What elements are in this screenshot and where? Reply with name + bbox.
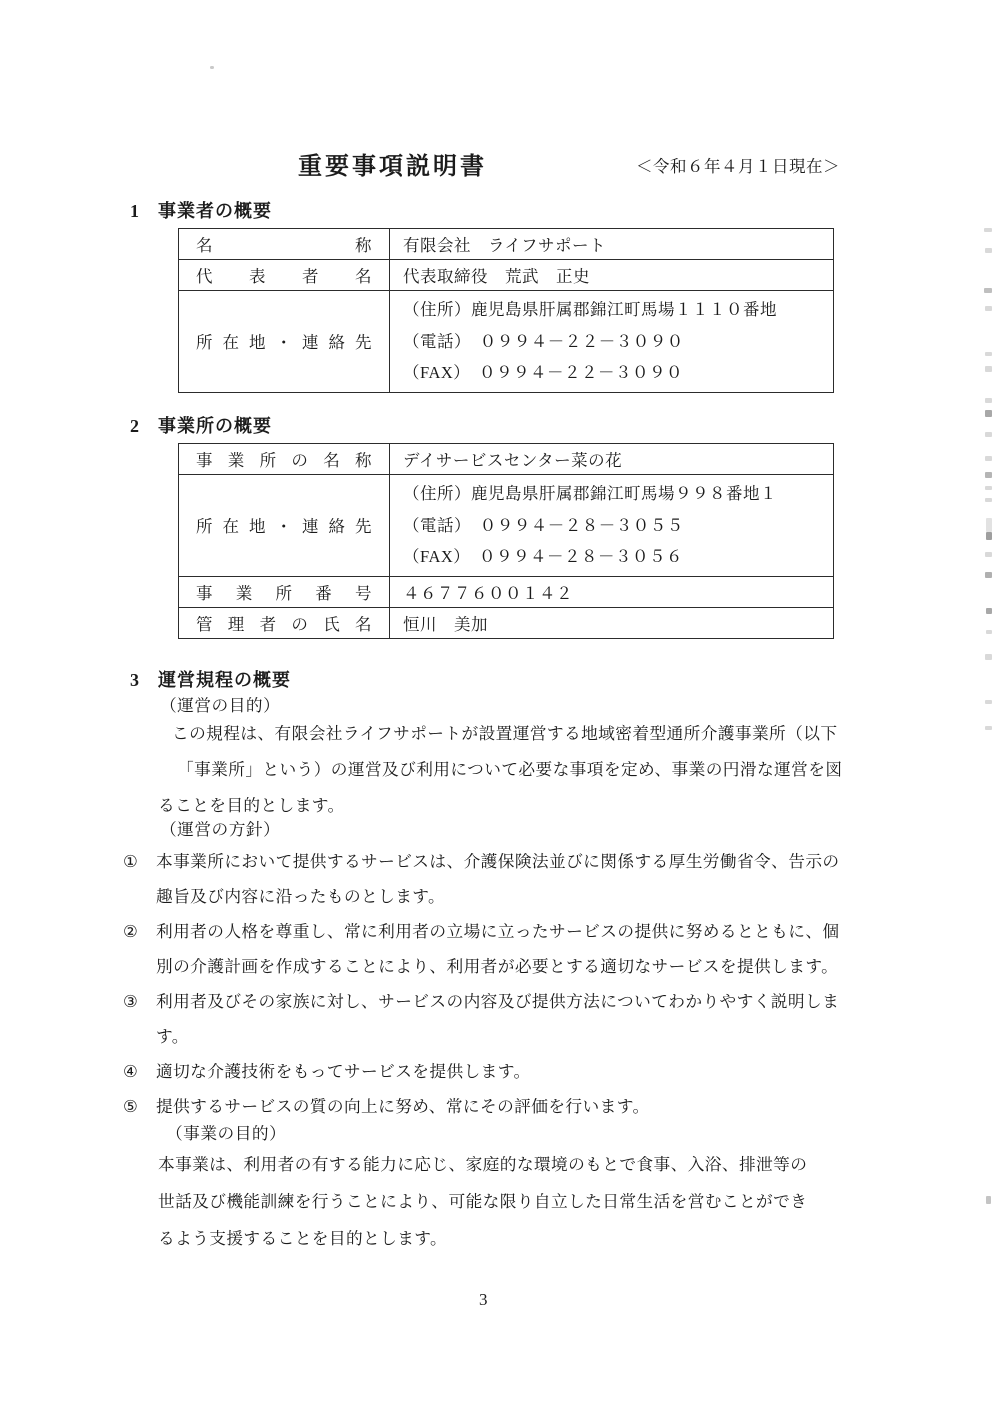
table-row-representative: 代 表 者 名 代表取締役 荒武 正史: [179, 260, 834, 291]
scan-artifact: [985, 432, 992, 437]
circled-number-4: ④: [123, 1054, 156, 1089]
item-line: 提供するサービスの質の向上に努め、常にその評価を行います。: [156, 1089, 893, 1124]
scan-artifact: [985, 352, 992, 356]
phone-line: （電話） ０９９４－２２－３０９０: [403, 326, 833, 358]
section-3-heading: 3運営規程の概要: [130, 666, 291, 692]
circled-number-3: ③: [123, 984, 156, 1019]
operation-purpose-paragraph: この規程は、有限会社ライフサポートが設置運営する地域密着型通所介護事業所（以下 …: [158, 716, 842, 824]
scan-artifact: [984, 228, 992, 232]
provider-overview-table: 名 称 有限会社 ライフサポート 代 表 者 名 代表取締役 荒武 正史 所在地…: [178, 228, 834, 393]
row-value-name: 有限会社 ライフサポート: [390, 229, 834, 260]
policy-item-text: 本事業所において提供するサービスは、介護保険法並びに関係する厚生労働省令、告示の…: [156, 844, 893, 914]
table-row-office-number: 事 業 所 番 号 ４６７７６００１４２: [179, 576, 834, 607]
policy-item-5: ⑤ 提供するサービスの質の向上に努め、常にその評価を行います。: [123, 1089, 893, 1124]
row-value-office-name: デイサービスセンター菜の花: [390, 444, 834, 475]
item-line: 利用者の人格を尊重し、常に利用者の立場に立ったサービスの提供に努めるとともに、個: [156, 914, 893, 949]
section-2-title: 事業所の概要: [158, 416, 272, 436]
table-row-office-name: 事業所の名称 デイサービスセンター菜の花: [179, 444, 834, 475]
scan-artifact: [985, 726, 992, 730]
row-label-representative: 代 表 者 名: [179, 260, 390, 291]
scan-artifact: [986, 532, 992, 540]
row-label-manager: 管理者の氏名: [179, 607, 390, 638]
row-label-name: 名 称: [179, 229, 390, 260]
row-label-address: 所在地・連絡先: [179, 291, 390, 393]
section-1-title: 事業者の概要: [158, 201, 272, 221]
scan-artifact: [985, 398, 992, 403]
section-2-heading: 2事業所の概要: [130, 412, 272, 438]
document-title: 重要事項説明書: [298, 146, 487, 181]
policy-item-text: 利用者及びその家族に対し、サービスの内容及び提供方法についてわかりやすく説明しま…: [156, 984, 893, 1054]
scan-artifact: [986, 518, 992, 532]
paragraph-line: 世話及び機能訓練を行うことにより、可能な限り自立した日常生活を営むことができ: [158, 1183, 807, 1220]
row-label-office-number: 事 業 所 番 号: [179, 576, 390, 607]
item-line: 趣旨及び内容に沿ったものとします。: [156, 879, 893, 914]
item-line: す。: [156, 1019, 893, 1054]
scan-artifact: [985, 472, 992, 478]
operation-purpose-label: （運営の目的）: [160, 692, 280, 716]
page-number: 3: [479, 1290, 488, 1310]
circled-number-1: ①: [123, 844, 156, 879]
policy-item-4: ④ 適切な介護技術をもってサービスを提供します。: [123, 1054, 893, 1089]
row-label-office-name: 事業所の名称: [179, 444, 390, 475]
policy-item-1: ① 本事業所において提供するサービスは、介護保険法並びに関係する厚生労働省令、告…: [123, 844, 893, 914]
paragraph-line: この規程は、有限会社ライフサポートが設置運営する地域密着型通所介護事業所（以下: [158, 716, 842, 752]
section-3-title: 運営規程の概要: [158, 670, 291, 690]
scan-artifact: [986, 630, 992, 634]
item-line: 本事業所において提供するサービスは、介護保険法並びに関係する厚生労働省令、告示の: [156, 844, 893, 879]
business-purpose-label: （事業の目的）: [166, 1120, 286, 1144]
address-line: （住所）鹿児島県肝属郡錦江町馬場１１１０番地: [403, 294, 833, 326]
scan-artifact: [985, 410, 992, 417]
fax-line: （FAX） ０９９４－２８－３０５６: [403, 541, 833, 573]
scan-artifact: [985, 366, 992, 372]
phone-line: （電話） ０９９４－２８－３０５５: [403, 510, 833, 542]
fax-line: （FAX） ０９９４－２２－３０９０: [403, 357, 833, 389]
scan-artifact: [986, 608, 992, 614]
paragraph-line: 「事業所」という）の運営及び利用について必要な事項を定め、事業の円滑な運営を図: [158, 752, 842, 788]
business-purpose-paragraph: 本事業は、利用者の有する能力に応じ、家庭的な環境のもとで食事、入浴、排泄等の 世…: [158, 1146, 807, 1257]
circled-number-2: ②: [123, 914, 156, 949]
section-2-number: 2: [130, 416, 158, 437]
scan-artifact: [985, 456, 992, 461]
row-value-address: （住所）鹿児島県肝属郡錦江町馬場１１１０番地 （電話） ０９９４－２２－３０９０…: [390, 291, 834, 393]
row-label-office-address: 所在地・連絡先: [179, 475, 390, 577]
scan-artifact: [984, 288, 992, 293]
circled-number-5: ⑤: [123, 1089, 156, 1124]
policy-item-2: ② 利用者の人格を尊重し、常に利用者の立場に立ったサービスの提供に努めるとともに…: [123, 914, 893, 984]
policy-item-text: 提供するサービスの質の向上に努め、常にその評価を行います。: [156, 1089, 893, 1124]
row-value-representative: 代表取締役 荒武 正史: [390, 260, 834, 291]
table-row-manager: 管理者の氏名 恒川 美加: [179, 607, 834, 638]
scan-artifact: [985, 248, 992, 253]
scan-artifact: [985, 700, 992, 704]
section-3-number: 3: [130, 670, 158, 691]
row-value-office-address: （住所）鹿児島県肝属郡錦江町馬場９９８番地１ （電話） ０９９４－２８－３０５５…: [390, 475, 834, 577]
scan-speck: [210, 66, 214, 69]
paragraph-line: るよう支援することを目的とします。: [158, 1220, 807, 1257]
section-1-heading: 1事業者の概要: [130, 197, 272, 223]
policy-item-text: 適切な介護技術をもってサービスを提供します。: [156, 1054, 893, 1089]
item-line: 利用者及びその家族に対し、サービスの内容及び提供方法についてわかりやすく説明しま: [156, 984, 893, 1019]
scan-artifact: [986, 1196, 991, 1204]
table-row-office-address: 所在地・連絡先 （住所）鹿児島県肝属郡錦江町馬場９９８番地１ （電話） ０９９４…: [179, 475, 834, 577]
section-1-number: 1: [130, 201, 158, 222]
row-value-manager: 恒川 美加: [390, 607, 834, 638]
policy-item-list: ① 本事業所において提供するサービスは、介護保険法並びに関係する厚生労働省令、告…: [123, 844, 893, 1124]
operation-policy-label: （運営の方針）: [160, 816, 280, 840]
scan-artifact: [985, 654, 992, 660]
scan-artifact: [985, 552, 992, 557]
item-line: 適切な介護技術をもってサービスを提供します。: [156, 1054, 893, 1089]
office-overview-table: 事業所の名称 デイサービスセンター菜の花 所在地・連絡先 （住所）鹿児島県肝属郡…: [178, 443, 834, 639]
item-line: 別の介護計画を作成することにより、利用者が必要とする適切なサービスを提供します。: [156, 949, 893, 984]
date-note: ＜令和６年４月１日現在＞: [636, 153, 840, 177]
row-value-office-number: ４６７７６００１４２: [390, 576, 834, 607]
scan-artifact: [985, 572, 992, 578]
scan-artifact: [985, 306, 992, 311]
scan-artifact: [985, 498, 992, 502]
table-row-address: 所在地・連絡先 （住所）鹿児島県肝属郡錦江町馬場１１１０番地 （電話） ０９９４…: [179, 291, 834, 393]
scanned-document-page: 重要事項説明書 ＜令和６年４月１日現在＞ 1事業者の概要 名 称 有限会社 ライ…: [0, 0, 1000, 1414]
table-row-name: 名 称 有限会社 ライフサポート: [179, 229, 834, 260]
policy-item-text: 利用者の人格を尊重し、常に利用者の立場に立ったサービスの提供に努めるとともに、個…: [156, 914, 893, 984]
policy-item-3: ③ 利用者及びその家族に対し、サービスの内容及び提供方法についてわかりやすく説明…: [123, 984, 893, 1054]
paragraph-line: 本事業は、利用者の有する能力に応じ、家庭的な環境のもとで食事、入浴、排泄等の: [158, 1146, 807, 1183]
scan-artifact: [985, 486, 992, 490]
address-line: （住所）鹿児島県肝属郡錦江町馬場９９８番地１: [403, 478, 833, 510]
